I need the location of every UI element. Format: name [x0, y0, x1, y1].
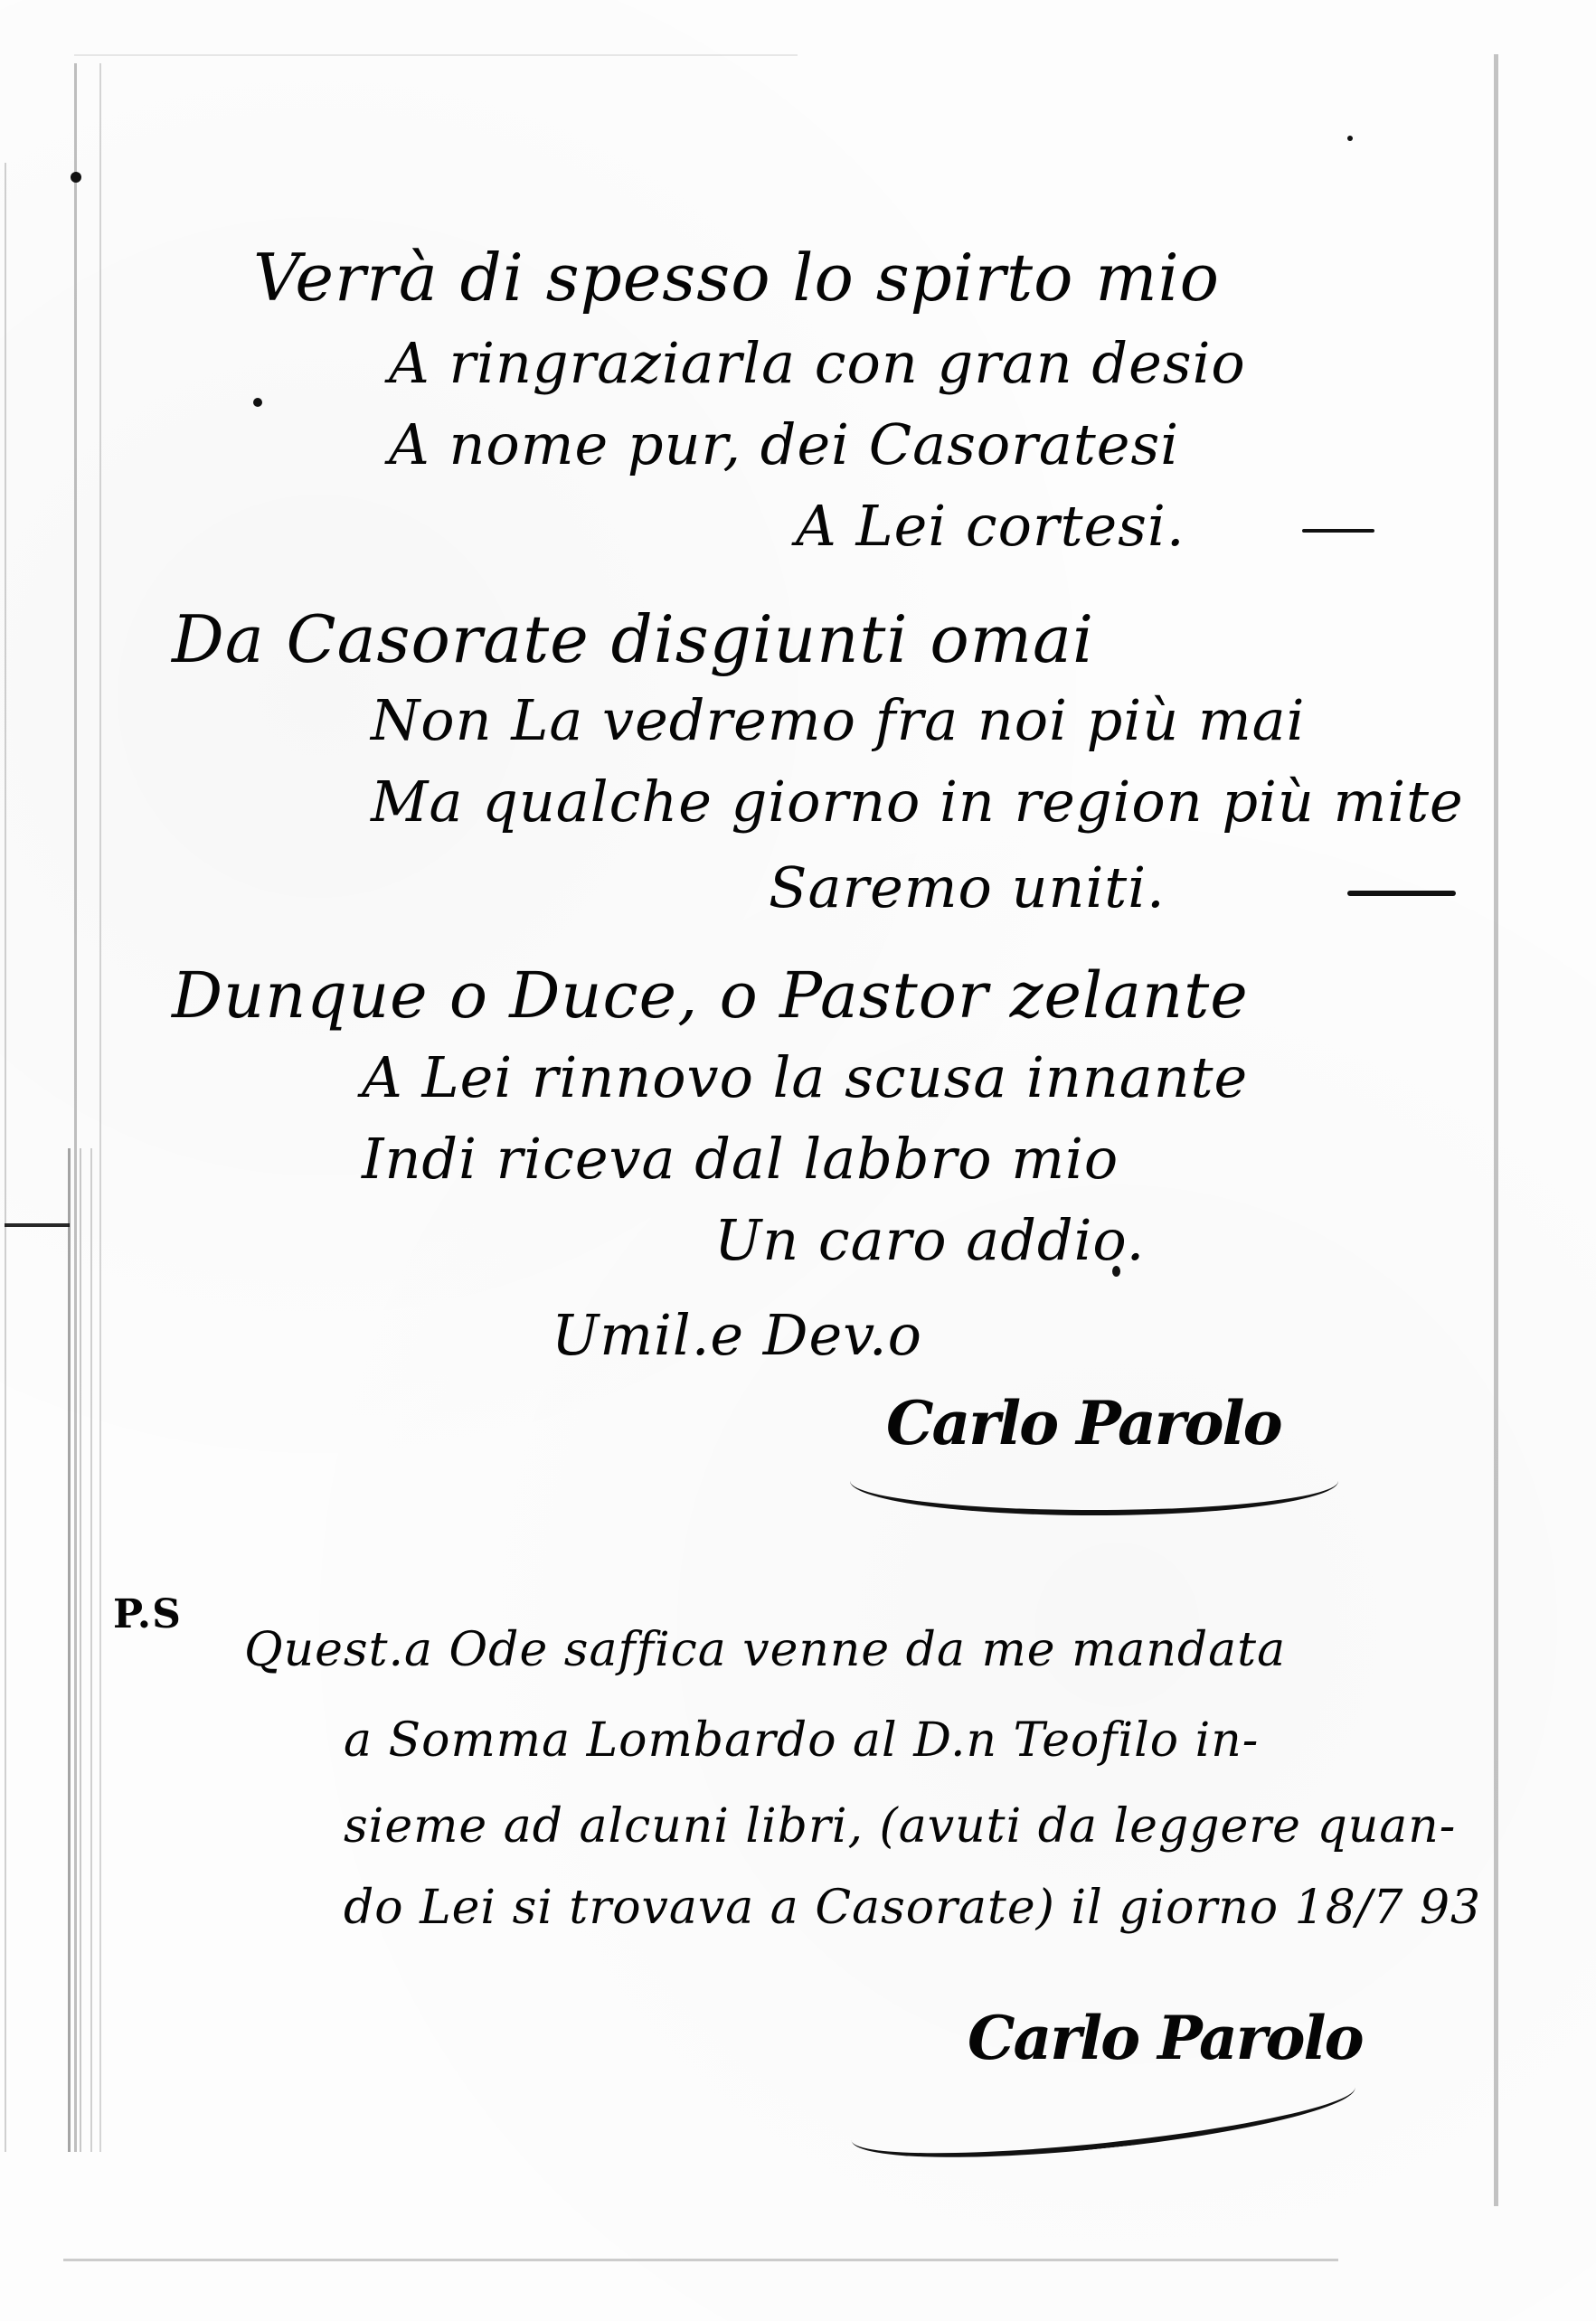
scanned-manuscript-page: Verrà di spesso lo spirto mio A ringrazi…: [0, 0, 1596, 2321]
poem-line: Saremo uniti.: [769, 854, 1166, 920]
poem-line: Verrà di spesso lo spirto mio: [253, 240, 1220, 316]
ps-line: do Lei si trovava a Casorate) il giorno …: [344, 1881, 1481, 1935]
page-edge-line: [5, 163, 6, 2152]
poem-line: Da Casorate disgiunti omai: [172, 601, 1094, 677]
poem-line: Non La vedremo fra noi più mai: [371, 687, 1305, 753]
ps-line: sieme ad alcuni libri, (avuti da leggere…: [344, 1799, 1456, 1854]
ink-spot: [253, 398, 262, 407]
line-end-flourish: [1302, 529, 1374, 533]
ink-spot: [1347, 136, 1353, 141]
poem-line: A ringraziarla con gran desio: [389, 330, 1246, 396]
page-edge-line: [68, 1148, 71, 2152]
page-bottom-edge: [63, 2259, 1338, 2261]
poem-line: Ma qualche giorno in region più mite: [371, 769, 1464, 835]
poem-line: A nome pur, dei Casoratesi: [389, 411, 1179, 477]
line-end-flourish: [1347, 891, 1456, 896]
ink-spot: [71, 172, 81, 183]
poem-line: A Lei cortesi.: [796, 493, 1185, 559]
poem-line: Un caro addio.: [714, 1207, 1145, 1273]
ps-line: Quest.a Ode saffica venne da me mandata: [244, 1623, 1286, 1677]
page-top-edge: [74, 54, 798, 56]
poem-line: Indi riceva dal labbro mio: [362, 1126, 1119, 1192]
closing-salutation: Umil.e Dev.o: [552, 1302, 922, 1368]
ps-line: a Somma Lombardo al D.n Teofilo in-: [344, 1713, 1259, 1768]
poem-line: A Lei rinnovo la scusa innante: [362, 1044, 1248, 1110]
ps-label: P.S: [113, 1591, 182, 1637]
page-edge-line: [99, 63, 101, 2152]
page-edge-line: [80, 1148, 81, 2152]
signature-flourish: [850, 1447, 1338, 1515]
page-right-edge: [1494, 54, 1498, 2206]
page-edge-line: [74, 63, 77, 2152]
binding-mark: [5, 1223, 70, 1227]
page-edge-line: [90, 1148, 92, 2152]
poem-line: Dunque o Duce, o Pastor zelante: [172, 958, 1249, 1033]
